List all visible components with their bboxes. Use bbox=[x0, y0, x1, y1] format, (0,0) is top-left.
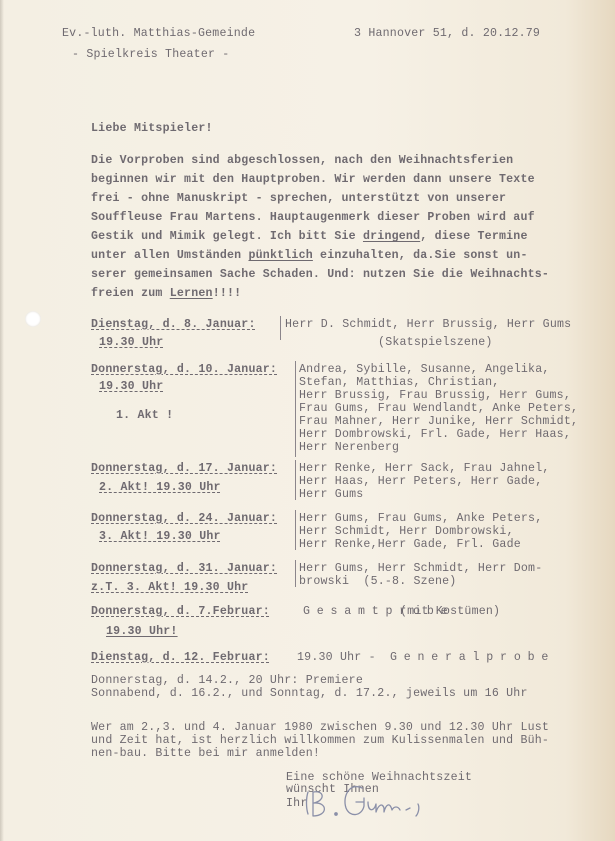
cast-line: Herr D. Schmidt, Herr Brussig, Herr Gums bbox=[285, 318, 571, 331]
schedule-date: Donnerstag, d. 24. Januar: bbox=[91, 512, 277, 525]
schedule-time: 2. Akt! 19.30 Uhr bbox=[99, 481, 221, 494]
cast-line: browski (5.-8. Szene) bbox=[299, 575, 456, 588]
cast-line: Herr Gums bbox=[299, 488, 363, 501]
schedule-time: z.T. 3. Akt! 19.30 Uhr bbox=[91, 581, 248, 594]
schedule-time: 3. Akt! 19.30 Uhr bbox=[99, 530, 221, 543]
intro-text: einzuhalten, da.Sie sonst un- bbox=[313, 249, 528, 262]
cast-bracket bbox=[295, 560, 296, 587]
schedule-date: Donnerstag, d. 17. Januar: bbox=[91, 462, 277, 475]
cast-bracket bbox=[295, 510, 296, 550]
schedule-note: 1. Akt ! bbox=[116, 409, 173, 422]
schedule-date: Dienstag, d. 12. Februar: bbox=[91, 651, 270, 664]
intro-text: Gestik und Mimik gelegt. Ich bitt Sie bbox=[91, 230, 363, 243]
letterhead-group: - Spielkreis Theater - bbox=[72, 48, 229, 61]
invitation-line-2: und Zeit hat, ist herzlich willkommen zu… bbox=[91, 734, 549, 747]
intro-line-6: unter allen Umständen pünktlich einzuhal… bbox=[91, 249, 528, 262]
intro-line-7: serer gemeinsamen Sache Schaden. Und: nu… bbox=[91, 268, 549, 281]
cast-line: Herr Renke,Herr Gade, Frl. Gade bbox=[299, 538, 521, 551]
cast-bracket bbox=[280, 316, 281, 340]
cast-bracket bbox=[295, 460, 296, 500]
cast-line: Herr Renke, Herr Sack, Frau Jahnel, bbox=[299, 462, 550, 475]
schedule-event-suffix: (mit Kostümen) bbox=[400, 605, 500, 618]
schedule-time: 19.30 Uhr bbox=[99, 336, 163, 349]
emphasis-dringend: dringend bbox=[363, 230, 420, 243]
cast-line: Frau Gums, Frau Wendlandt, Anke Peters, bbox=[299, 402, 578, 415]
schedule-date: Donnerstag, d. 7.Februar: bbox=[91, 605, 270, 618]
schedule-time: 19.30 Uhr! bbox=[106, 625, 178, 638]
intro-line-3: frei - ohne Manuskript - sprechen, unter… bbox=[91, 192, 506, 205]
letterhead-org: Ev.-luth. Matthias-Gemeinde bbox=[62, 27, 255, 40]
intro-text: freien zum bbox=[91, 287, 170, 300]
schedule-date: Donnerstag, d. 10. Januar: bbox=[91, 363, 277, 376]
letterhead-place-date: 3 Hannover 51, d. 20.12.79 bbox=[354, 27, 540, 40]
cast-line: Herr Gums, Frau Gums, Anke Peters, bbox=[299, 512, 542, 525]
cast-line: Herr Dombrowski, Frl. Gade, Herr Haas, bbox=[299, 428, 571, 441]
intro-line-2: beginnen wir mit den Hauptproben. Wir we… bbox=[91, 173, 535, 186]
cast-bracket bbox=[295, 361, 296, 457]
cast-line: Andrea, Sybille, Susanne, Angelika, bbox=[299, 363, 550, 376]
emphasis-puenktlich: pünktlich bbox=[248, 249, 312, 262]
cast-line: Herr Nerenberg bbox=[299, 441, 399, 454]
invitation-line-1: Wer am 2.,3. und 4. Januar 1980 zwischen… bbox=[91, 721, 549, 734]
intro-text: !!!! bbox=[213, 287, 242, 300]
performance-line-1: Donnerstag, d. 14.2., 20 Uhr: Premiere bbox=[91, 674, 363, 687]
cast-line: Herr Brussig, Frau Brussig, Herr Gums, bbox=[299, 389, 571, 402]
emphasis-lernen: Lernen bbox=[170, 287, 213, 300]
intro-line-4: Souffleuse Frau Martens. Hauptaugenmerk … bbox=[91, 211, 535, 224]
schedule-date: Dienstag, d. 8. Januar: bbox=[91, 318, 256, 331]
intro-text: , diese Termine bbox=[420, 230, 527, 243]
cast-line: Herr Haas, Herr Peters, Herr Gade, bbox=[299, 475, 542, 488]
cast-line: Frau Mahner, Herr Junike, Herr Schmidt, bbox=[299, 415, 578, 428]
cast-line: Stefan, Matthias, Christian, bbox=[299, 376, 499, 389]
schedule-event: Generalprobe bbox=[390, 651, 555, 664]
intro-text: unter allen Umständen bbox=[91, 249, 248, 262]
invitation-line-3: nen-bau. Bitte bei mir anmelden! bbox=[91, 747, 320, 760]
punch-hole-top bbox=[25, 311, 41, 327]
schedule-time: 19.30 Uhr bbox=[99, 380, 163, 393]
intro-line-5: Gestik und Mimik gelegt. Ich bitt Sie dr… bbox=[91, 230, 528, 243]
intro-line-8: freien zum Lernen!!!! bbox=[91, 287, 241, 300]
schedule-time: 19.30 Uhr - bbox=[297, 651, 376, 664]
intro-line-1: Die Vorproben sind abgeschlossen, nach d… bbox=[91, 154, 513, 167]
performance-line-2: Sonnabend, d. 16.2., und Sonntag, d. 17.… bbox=[91, 687, 528, 700]
cast-line: (Skatspielszene) bbox=[285, 336, 493, 349]
schedule-date: Donnerstag, d. 31. Januar: bbox=[91, 562, 277, 575]
salutation: Liebe Mitspieler! bbox=[91, 122, 213, 135]
handwritten-signature bbox=[300, 778, 440, 828]
cast-line: Herr Gums, Herr Schmidt, Herr Dom- bbox=[299, 562, 542, 575]
cast-line: Herr Schmidt, Herr Dombrowski, bbox=[299, 525, 514, 538]
